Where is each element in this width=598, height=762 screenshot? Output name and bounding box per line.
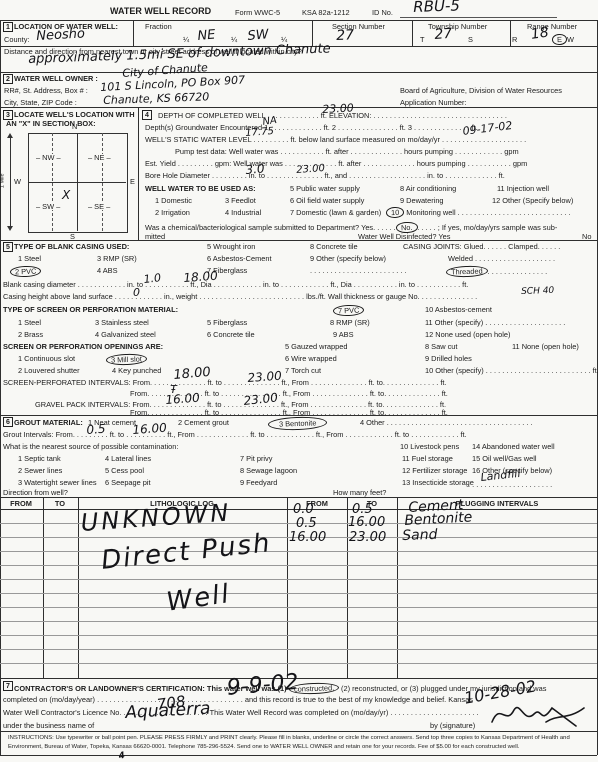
- depth-value: 23.00: [322, 102, 354, 115]
- use-option-7: 7 Domestic (lawn & garden): [290, 209, 381, 216]
- section-3-title-2: AN "X" IN SECTION BOX:: [6, 120, 96, 127]
- screen-option-3: 3 Stainless steel: [95, 319, 149, 326]
- owner-title: WATER WELL OWNER :: [14, 75, 98, 82]
- grout-from-value: 0.5: [86, 423, 106, 436]
- screen-option-10: 10 Asbestos-cement: [425, 306, 492, 313]
- openings-title: SCREEN OR PERFORATION OPENINGS ARE:: [3, 343, 163, 350]
- township-s: S: [468, 36, 473, 43]
- opening-option-3: 3 Mill slot: [106, 354, 147, 365]
- table-row: [0, 551, 597, 552]
- section-4-number: 4: [142, 110, 152, 120]
- sec1-divider-4: [510, 20, 511, 46]
- section-1-number: 1: [3, 22, 13, 32]
- casing-diameter-value: 1.0: [143, 272, 162, 285]
- casing-option-5: 5 Wrought iron: [207, 243, 255, 250]
- sec1-divider-3: [412, 20, 413, 46]
- sec5-bottom-line: [0, 415, 597, 416]
- id-underline: [400, 17, 557, 18]
- use-option-9: 9 Dewatering: [400, 197, 444, 204]
- opening-option-4: 4 Key punched: [112, 367, 161, 374]
- opening-option-2: 2 Louvered shutter: [18, 367, 80, 374]
- disinfected-question: Water Well Disinfected? Yes: [358, 233, 450, 240]
- table-v2: [78, 497, 79, 678]
- screen-option-6: 6 Concrete tile: [207, 331, 255, 338]
- opening-option-6: 6 Wire wrapped: [285, 355, 337, 362]
- county-label: County:: [4, 36, 29, 43]
- casing-height-value: 0: [133, 287, 140, 298]
- screen-option-1: 1 Steel: [18, 319, 41, 326]
- screen-interval-to: 23.00: [247, 370, 282, 384]
- contam-option-15: 15 Oil well/Gas well: [472, 455, 536, 462]
- screen-option-5: 5 Fiberglass: [207, 319, 247, 326]
- yield-line: Est. Yield . . . . . . . . . gpm: Well w…: [145, 160, 527, 167]
- use-option-6: 6 Oil field water supply: [290, 197, 364, 204]
- quarter-1: ¼: [183, 36, 189, 43]
- table-v3: [287, 497, 288, 678]
- form-ksa: KSA 82a-1212: [302, 9, 350, 16]
- table-row: [0, 635, 597, 636]
- plugging-from-3: 16.00: [289, 531, 326, 544]
- casing-option-2: 2 PVC: [10, 266, 41, 277]
- border-top: [0, 20, 597, 21]
- opening-option-9: 9 Drilled holes: [425, 355, 472, 362]
- casing-other-dots: . . . . . . . . . . . . . . . . . . . . …: [310, 267, 407, 274]
- contam-option-3: 3 Watertight sewer lines: [18, 479, 97, 486]
- water-well-record-form: WATER WELL RECORD Form WWC-5 KSA 82a-121…: [0, 0, 598, 762]
- section-3-title-1: LOCATE WELL'S LOCATION WITH: [14, 111, 135, 118]
- casing-2-pvc-circled: 2 PVC: [10, 265, 42, 277]
- casing-to-value: 18.00: [183, 270, 218, 284]
- groundwater-line: Depth(s) Groundwater Encountered 1 . . .…: [145, 124, 478, 131]
- casing-diameter-line: Blank casing diameter . . . . . . . . . …: [3, 281, 468, 288]
- lithologic-entry-3: Well: [165, 581, 232, 616]
- plugging-to-3: 23.00: [349, 531, 386, 544]
- range-r: R: [512, 36, 517, 43]
- use-option-1: 1 Domestic: [155, 197, 192, 204]
- sec1-divider-1: [133, 20, 134, 46]
- screen-option-7: 7 PVC: [333, 305, 364, 316]
- instructions-line-1: INSTRUCTIONS: Use typewriter or ball poi…: [8, 736, 570, 742]
- opening-option-8: 8 Saw cut: [425, 343, 457, 350]
- col-plugging-intervals: PLUGGING INTERVALS: [456, 500, 539, 507]
- business-name-value: Aquaterra: [125, 701, 211, 722]
- table-row: [0, 565, 597, 566]
- diagram-n-label: N: [72, 123, 77, 130]
- fraction-value-1: NE: [197, 28, 216, 43]
- sec1-bottom-line: [0, 72, 597, 73]
- section-5-number: 5: [3, 242, 13, 252]
- contam-option-8: 8 Sewage lagoon: [240, 467, 297, 474]
- use-option-8: 8 Air conditioning: [400, 185, 456, 192]
- section-box-mid-v: [77, 133, 78, 231]
- contam-option-11: 11 Fuel storage: [402, 455, 453, 462]
- contam-option-2: 2 Sewer lines: [18, 467, 62, 474]
- use-option-12: 12 Other (Specify below): [492, 197, 573, 204]
- screen-option-8: 8 RMP (SR): [330, 319, 370, 326]
- gauge-value: SCH 40: [521, 287, 554, 297]
- grout-title: GROUT MATERIAL:: [14, 419, 83, 426]
- grout-option-4: 4 Other . . . . . . . . . . . . . . . . …: [360, 419, 533, 426]
- border-left: [0, 20, 1, 755]
- bore-diameter-value: 3.0: [245, 162, 265, 176]
- signature: [488, 698, 588, 730]
- casing-height-line: Casing height above land surface . . . .…: [3, 293, 477, 300]
- range-value: 18: [530, 26, 550, 42]
- chem-tail: . . . . . ; If yes, mo/day/yrs sample wa…: [417, 223, 557, 232]
- mile-arrow-line: [10, 138, 11, 226]
- diagram-sw-label: – SW –: [36, 203, 60, 210]
- gravel-interval-from: 16.00: [165, 392, 200, 406]
- joints-threaded: Threaded. . . . . . . . . . . . . . .: [446, 266, 547, 277]
- threaded-dots: . . . . . . . . . . . . . . .: [488, 267, 548, 276]
- plugging-from-2: 0.5: [296, 517, 317, 530]
- joints-welded: Welded . . . . . . . . . . . . . . . . .…: [448, 255, 555, 262]
- table-row: [0, 607, 597, 608]
- screen-intervals-line: SCREEN-PERFORATED INTERVALS: From. . . .…: [3, 379, 447, 386]
- section-box: [28, 133, 128, 233]
- direction-question: Direction from well?: [3, 489, 68, 496]
- diagram-se-label: – SE –: [88, 203, 110, 210]
- mile-arrow-down: [7, 226, 13, 231]
- table-v5: [397, 497, 398, 678]
- plugging-to-2: 16.00: [348, 516, 385, 529]
- table-v1: [43, 497, 44, 678]
- casing-title: TYPE OF BLANK CASING USED:: [14, 243, 129, 250]
- used-as-title: WELL WATER TO BE USED AS:: [145, 185, 256, 192]
- opening-option-7: 7 Torch cut: [285, 367, 321, 374]
- col-to-1: TO: [55, 500, 65, 507]
- business-name-label: under the business name of: [3, 722, 94, 729]
- section-box-dash-v2: [102, 133, 103, 231]
- casing-option-8: 8 Concrete tile: [310, 243, 358, 250]
- screen-option-9: 9 ABS: [333, 331, 354, 338]
- use-option-5: 5 Public water supply: [290, 185, 360, 192]
- screen-option-11: 11 Other (specify) . . . . . . . . . . .…: [425, 319, 565, 326]
- border-bottom: [0, 755, 597, 756]
- fraction-value-2: SW: [247, 28, 269, 43]
- table-row: [0, 579, 597, 580]
- casing-option-9: 9 Other (specify below): [310, 255, 386, 262]
- border-right: [597, 20, 598, 755]
- contam-option-9: 9 Feedyard: [240, 479, 277, 486]
- table-top-line: [0, 497, 597, 498]
- grout-option-3: 3 Bentonite: [268, 417, 327, 430]
- use-option-4: 4 Industrial: [225, 209, 261, 216]
- township-t: T: [420, 36, 425, 43]
- screen-material-title: TYPE OF SCREEN OR PERFORATION MATERIAL:: [3, 306, 178, 313]
- signature-scribble: [488, 698, 588, 730]
- chemical-sample-line: Was a chemical/bacteriological sample su…: [145, 222, 557, 233]
- casing-option-1: 1 Steel: [18, 255, 41, 262]
- use-option-3: 3 Feedlot: [225, 197, 256, 204]
- instructions-top-line: [0, 731, 597, 732]
- instructions-line-2: Environment, Bureau of Water, Topeka, Ka…: [8, 745, 519, 751]
- section-box-dash-v1: [52, 133, 53, 231]
- disinfected-no: No: [582, 233, 591, 240]
- use-option-10: 10 Monitoring well . . . . . . . . . . .…: [386, 207, 571, 218]
- use-10-circled: 10: [386, 207, 405, 219]
- casing-option-3: 3 RMP (SR): [97, 255, 137, 262]
- casing-option-4: 4 ABS: [97, 267, 118, 274]
- contam-option-14: 14 Abandoned water well: [472, 443, 555, 450]
- col-from-1: FROM: [10, 500, 32, 507]
- section-7-number: 7: [3, 681, 13, 691]
- contam-option-13: 13 Insecticide storage: [402, 479, 474, 486]
- pump-test-line: Pump test data: Well water was . . . . .…: [175, 148, 519, 155]
- screen-option-12: 12 None used (open hole): [425, 331, 510, 338]
- quarter-2: ¼: [231, 36, 237, 43]
- use-10-text: Monitoring well . . . . . . . . . . . . …: [406, 208, 570, 217]
- diagram-e-label: E: [130, 178, 135, 185]
- township-value: 27: [434, 27, 453, 42]
- casing-joints-line: CASING JOINTS: Glued. . . . . . Clamped.…: [403, 243, 560, 250]
- id-number-label: ID No.: [372, 9, 393, 16]
- lithologic-entry-1: UNKNOWN: [80, 500, 232, 534]
- diagram-ne-label: – NE –: [88, 154, 111, 161]
- plugging-material-2: Bentonite: [404, 510, 473, 528]
- city-value: Chanute, KS 66720: [103, 91, 209, 106]
- range-e-circled: E: [552, 34, 567, 46]
- mill-slot-circled: 3 Mill slot: [106, 353, 147, 366]
- mile-arrow-up: [7, 133, 13, 138]
- section-number-value: 27: [336, 28, 354, 43]
- stray-mark: 4: [118, 752, 126, 762]
- table-row: [0, 663, 597, 664]
- plugging-material-3: Sand: [402, 528, 438, 543]
- sec3-sec4-divider: [138, 107, 139, 240]
- form-title: WATER WELL RECORD: [110, 7, 211, 16]
- screen-option-2: 2 Brass: [18, 331, 43, 338]
- range-ew: EW: [552, 34, 574, 45]
- static-level-value: 17.75: [245, 127, 274, 139]
- opening-option-10: 10 Other (specify) . . . . . . . . . . .…: [425, 367, 598, 374]
- contamination-question: What is the nearest source of possible c…: [3, 443, 178, 450]
- contam-option-5: 5 Cess pool: [105, 467, 144, 474]
- contam-option-10: 10 Livestock pens: [400, 443, 459, 450]
- id-number-value: RBU-5: [413, 0, 460, 15]
- opening-option-11: 11 None (open hole): [512, 343, 579, 350]
- grout-option-2: 2 Cement grout: [178, 419, 229, 426]
- contam-option-1: 1 Septic tank: [18, 455, 61, 462]
- sec4-bottom-line: [0, 240, 597, 241]
- county-value: Neosho: [36, 27, 85, 43]
- well-x-mark: X: [62, 189, 70, 201]
- plugging-from-1: 0.0: [293, 503, 314, 516]
- fraction-label: Fraction: [145, 23, 172, 30]
- diagram-w-label: W: [14, 178, 21, 185]
- screen-interval-from: 18.00: [173, 366, 211, 382]
- grout-to-value: 16.00: [132, 422, 167, 436]
- casing-option-6: 6 Asbestos-Cement: [207, 255, 272, 262]
- table-row: [0, 649, 597, 650]
- diagram-nw-label: – NW –: [36, 154, 61, 161]
- application-number-label: Application Number:: [400, 99, 467, 106]
- opening-option-5: 5 Gauzed wrapped: [285, 343, 347, 350]
- grout-intervals-line: Grout Intervals: From. . . . . . . . . f…: [3, 431, 467, 438]
- mile-label: 1 Mile: [1, 173, 7, 188]
- by-signature-label: by (signature): [430, 722, 475, 729]
- mitted-text: mitted: [145, 233, 165, 240]
- table-row: [0, 593, 597, 594]
- table-row: [0, 621, 597, 622]
- form-number: Form WWC-5: [235, 9, 280, 16]
- use-option-11: 11 Injection well: [497, 185, 549, 192]
- sec2-bottom-line: [0, 107, 597, 108]
- contam-option-7: 7 Pit privy: [240, 455, 272, 462]
- contam-option-12: 12 Fertilizer storage: [402, 467, 467, 474]
- use-option-2: 2 Irrigation: [155, 209, 190, 216]
- opening-option-1: 1 Continuous slot: [18, 355, 75, 362]
- licence-line: Water Well Contractor's Licence No. . . …: [3, 709, 479, 716]
- threaded-circled: Threaded: [446, 265, 488, 278]
- chem-question: Was a chemical/bacteriological sample su…: [145, 223, 396, 232]
- board-text: Board of Agriculture, Division of Water …: [400, 87, 562, 94]
- range-w: W: [567, 35, 574, 44]
- screen-7-pvc-circled: 7 PVC: [333, 304, 365, 316]
- city-label: City, State, ZIP Code :: [4, 99, 77, 106]
- contam-option-4: 4 Lateral lines: [105, 455, 151, 462]
- feet-question: How many feet?: [333, 489, 386, 496]
- screen-option-4: 4 Galvanized steel: [95, 331, 156, 338]
- address-label: RR#, St. Address, Box # :: [4, 87, 88, 94]
- contam-option-6: 6 Seepage pit: [105, 479, 151, 486]
- bore-to-value: 23.00: [296, 164, 325, 176]
- gravel-interval-to: 23.00: [243, 391, 278, 407]
- section-2-number: 2: [3, 74, 13, 84]
- sec7-top-line: [0, 678, 597, 679]
- section-6-number: 6: [3, 417, 13, 427]
